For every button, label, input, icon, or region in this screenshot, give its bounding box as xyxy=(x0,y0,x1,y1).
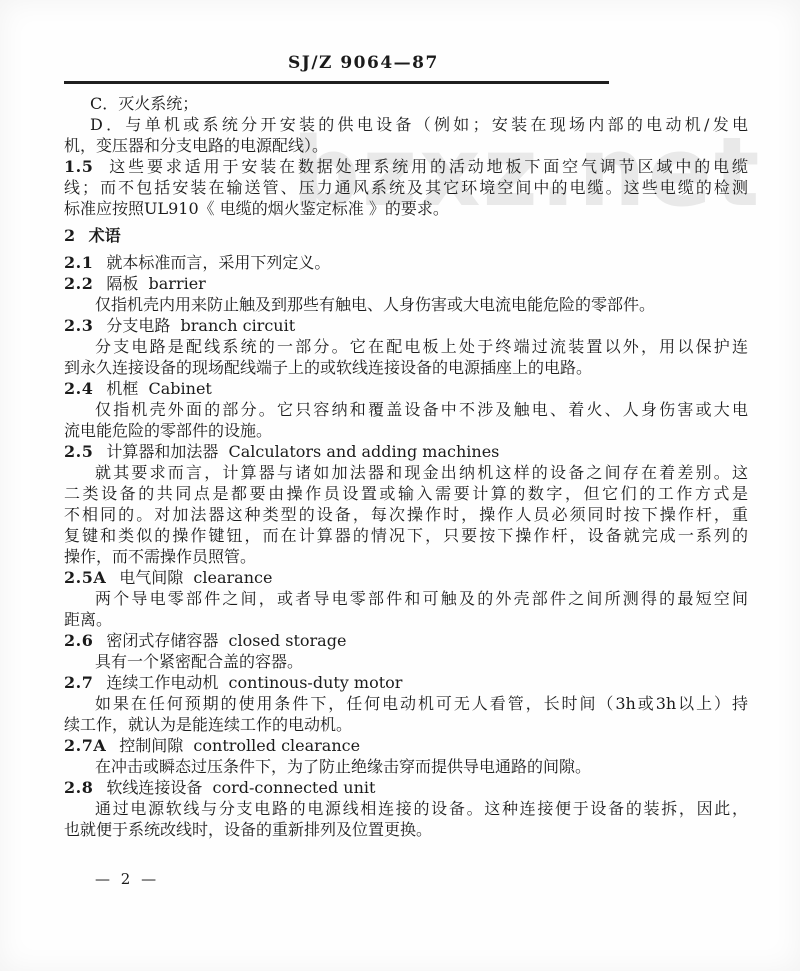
line-text: 分支电路是配线系统的一部分。它在配电板上处于终端过流装置以外，用以保护连 xyxy=(95,337,748,356)
line-text: 软线连接设备 cord-connected unit xyxy=(106,778,375,797)
line-text: 具有一个紧密配合盖的容器。 xyxy=(95,652,303,671)
text-line: 在冲击或瞬态过压条件下，为了防止绝缘击穿而提供导电通路的间隙。 xyxy=(64,756,748,777)
text-line: 2.6密闭式存储容器 closed storage xyxy=(64,630,748,651)
line-text: 术语 xyxy=(89,226,121,245)
text-line: 2.5A电气间隙 clearance xyxy=(64,567,748,588)
text-line: 复键和类似的操作键钮，而在计算器的情况下，只要按下操作杆，设备就完成一系列的 xyxy=(64,525,748,546)
text-line: C．灭火系统； xyxy=(64,93,748,114)
text-line: 续工作，就认为是能连续工作的电动机。 xyxy=(64,714,748,735)
line-text: 连续工作电动机 continous-duty motor xyxy=(106,673,402,692)
text-line: 2.3分支电路 branch circuit xyxy=(64,315,748,336)
text-line: 通过电源软线与分支电路的电源线相连接的设备。这种连接便于设备的装拆，因此， xyxy=(64,798,748,819)
clause-number: 2.6 xyxy=(64,631,93,650)
line-text: 隔板 barrier xyxy=(106,274,206,293)
document-body: C．灭火系统；D．与单机或系统分开安装的供电设备（例如；安装在现场内部的电动机/… xyxy=(64,93,748,840)
text-line: 仅指机壳内用来防止触及到那些有触电、人身伤害或大电流电能危险的零部件。 xyxy=(64,294,748,315)
text-line: 2.7连续工作电动机 continous-duty motor xyxy=(64,672,748,693)
text-line: 就其要求而言，计算器与诸如加法器和现金出纳机这样的设备之间存在着差别。这 xyxy=(64,462,748,483)
standard-code-header: SJ/Z 9064—87 xyxy=(288,53,439,73)
line-text: 两个导电零部件之间，或者导电零部件和可触及的外壳部件之间所测得的最短空间 xyxy=(95,589,748,608)
text-line: 2.8软线连接设备 cord-connected unit xyxy=(64,777,748,798)
text-line: 线；而不包括安装在输送管、压力通风系统及其它环境空间中的电缆。这些电缆的检测 xyxy=(64,177,748,198)
line-text: 到永久连接设备的现场配线端子上的或软线连接设备的电源插座上的电路。 xyxy=(64,358,592,377)
line-text: 就本标准而言，采用下列定义。 xyxy=(106,253,330,272)
text-line: 分支电路是配线系统的一部分。它在配电板上处于终端过流装置以外，用以保护连 xyxy=(64,336,748,357)
text-line: 标准应按照UL910《 电缆的烟火鉴定标准 》的要求。 xyxy=(64,198,748,219)
line-text: 计算器和加法器 Calculators and adding machines xyxy=(106,442,499,461)
clause-number: 2.3 xyxy=(64,316,93,335)
text-line: 不相同的。对加法器这种类型的设备，每次操作时，操作人员必须同时按下操作杆，重 xyxy=(64,504,748,525)
text-line: 仅指机壳外面的部分。它只容纳和覆盖设备中不涉及触电、着火、人身伤害或大电 xyxy=(64,399,748,420)
clause-number: 2.2 xyxy=(64,274,93,293)
line-text: 仅指机壳内用来防止触及到那些有触电、人身伤害或大电流电能危险的零部件。 xyxy=(95,295,655,314)
line-text: 如果在任何预期的使用条件下，任何电动机可无人看管，长时间（3h或3h以上）持 xyxy=(95,694,748,713)
line-text: 机，变压器和分支电路的电源配线）。 xyxy=(64,136,328,155)
text-line: 距离。 xyxy=(64,609,748,630)
text-line: 具有一个紧密配合盖的容器。 xyxy=(64,651,748,672)
line-text: D．与单机或系统分开安装的供电设备（例如；安装在现场内部的电动机/发电 xyxy=(90,115,748,134)
line-text: C．灭火系统； xyxy=(90,94,198,113)
line-text: 线；而不包括安装在输送管、压力通风系统及其它环境空间中的电缆。这些电缆的检测 xyxy=(64,178,748,197)
clause-number: 2.5A xyxy=(64,568,106,587)
line-text: 就其要求而言，计算器与诸如加法器和现金出纳机这样的设备之间存在着差别。这 xyxy=(95,463,748,482)
text-line: 操作，而不需操作员照管。 xyxy=(64,546,748,567)
line-text: 通过电源软线与分支电路的电源线相连接的设备。这种连接便于设备的装拆，因此， xyxy=(95,799,748,818)
text-line: 两个导电零部件之间，或者导电零部件和可触及的外壳部件之间所测得的最短空间 xyxy=(64,588,748,609)
text-line: 1.5这些要求适用于安装在数据处理系统用的活动地板下面空气调节区域中的电缆 xyxy=(64,156,748,177)
line-text: 距离。 xyxy=(64,610,112,629)
text-line: 2.5计算器和加法器 Calculators and adding machin… xyxy=(64,441,748,462)
clause-number: 2.7A xyxy=(64,736,106,755)
clause-number: 2.7 xyxy=(64,673,93,692)
clause-number: 1.5 xyxy=(64,157,93,176)
line-text: 仅指机壳外面的部分。它只容纳和覆盖设备中不涉及触电、着火、人身伤害或大电 xyxy=(95,400,748,419)
line-text: 不相同的。对加法器这种类型的设备，每次操作时，操作人员必须同时按下操作杆，重 xyxy=(64,505,748,524)
header-rule xyxy=(64,81,609,84)
text-line: 如果在任何预期的使用条件下，任何电动机可无人看管，长时间（3h或3h以上）持 xyxy=(64,693,748,714)
document-page: bzxz.net SJ/Z 9064—87 C．灭火系统；D．与单机或系统分开安… xyxy=(0,0,800,971)
line-text: 流电能危险的零部件的设施。 xyxy=(64,421,272,440)
text-line: 2.2隔板 barrier xyxy=(64,273,748,294)
clause-number: 2 xyxy=(64,226,76,245)
page-number: — 2 — xyxy=(95,870,159,888)
line-text: 密闭式存储容器 closed storage xyxy=(106,631,346,650)
text-line: 到永久连接设备的现场配线端子上的或软线连接设备的电源插座上的电路。 xyxy=(64,357,748,378)
line-text: 这些要求适用于安装在数据处理系统用的活动地板下面空气调节区域中的电缆 xyxy=(106,157,748,176)
line-text: 机框 Cabinet xyxy=(106,379,212,398)
line-text: 标准应按照UL910《 电缆的烟火鉴定标准 》的要求。 xyxy=(64,199,449,218)
line-text: 复键和类似的操作键钮，而在计算器的情况下，只要按下操作杆，设备就完成一系列的 xyxy=(64,526,748,545)
text-line: 二类设备的共同点是都要由操作员设置或输入需要计算的数字，但它们的工作方式是 xyxy=(64,483,748,504)
line-text: 二类设备的共同点是都要由操作员设置或输入需要计算的数字，但它们的工作方式是 xyxy=(64,484,748,503)
line-text: 分支电路 branch circuit xyxy=(106,316,295,335)
text-line: 机，变压器和分支电路的电源配线）。 xyxy=(64,135,748,156)
line-text: 电气间隙 clearance xyxy=(119,568,272,587)
clause-number: 2.1 xyxy=(64,253,93,272)
clause-number: 2.5 xyxy=(64,442,93,461)
text-line: 2.1就本标准而言，采用下列定义。 xyxy=(64,252,748,273)
text-line: 流电能危险的零部件的设施。 xyxy=(64,420,748,441)
clause-number: 2.8 xyxy=(64,778,93,797)
line-text: 在冲击或瞬态过压条件下，为了防止绝缘击穿而提供导电通路的间隙。 xyxy=(95,757,591,776)
clause-number: 2.4 xyxy=(64,379,93,398)
text-line: 2.4机框 Cabinet xyxy=(64,378,748,399)
line-text: 续工作，就认为是能连续工作的电动机。 xyxy=(64,715,352,734)
text-line: D．与单机或系统分开安装的供电设备（例如；安装在现场内部的电动机/发电 xyxy=(64,114,748,135)
section-heading: 2术语 xyxy=(64,225,748,246)
line-text: 操作，而不需操作员照管。 xyxy=(64,547,256,566)
text-line: 2.7A控制间隙 controlled clearance xyxy=(64,735,748,756)
text-line: 也就便于系统改线时，设备的重新排列及位置更换。 xyxy=(64,819,748,840)
line-text: 也就便于系统改线时，设备的重新排列及位置更换。 xyxy=(64,820,432,839)
line-text: 控制间隙 controlled clearance xyxy=(119,736,360,755)
